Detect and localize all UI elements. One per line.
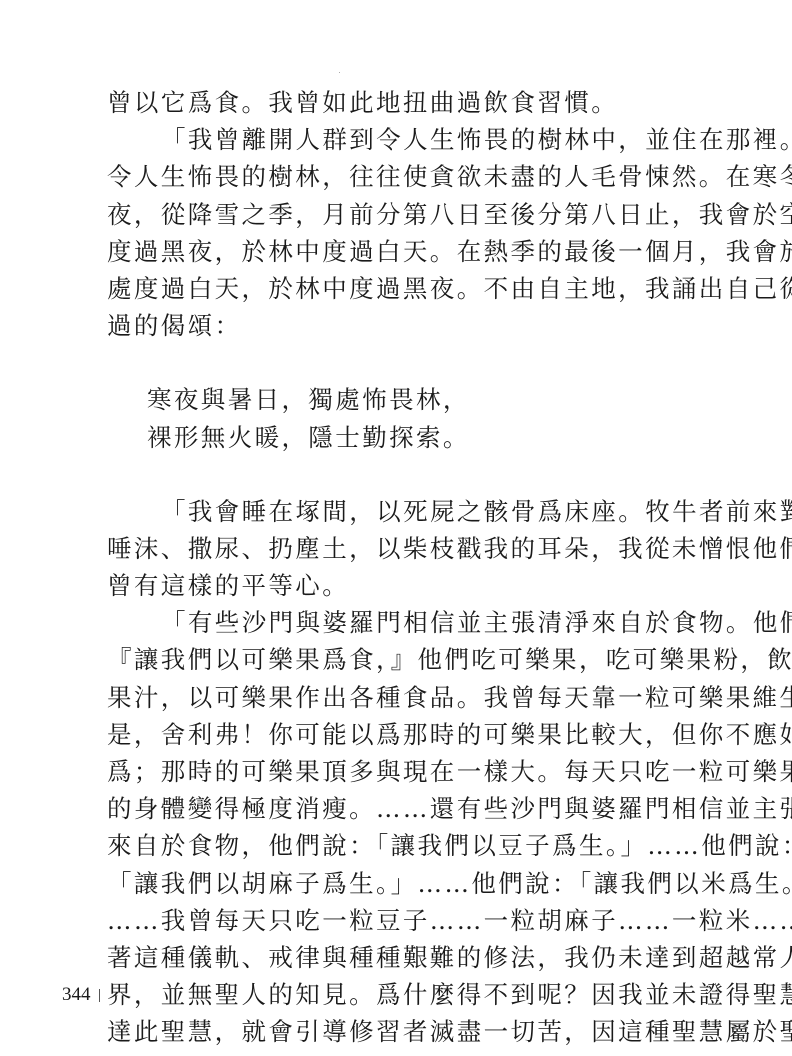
text-line: ……我曾每天只吃一粒豆子……一粒胡麻子……一粒米……但依 (107, 902, 707, 939)
verse-block: 寒夜與暑日，獨處怖畏林， 裸形無火暖，隱士勤探索。 (107, 381, 707, 455)
text-line: 『讓我們以可樂果爲食，』他們吃可樂果，吃可樂果粉，飲可樂 (107, 641, 707, 678)
folio-divider (99, 989, 100, 1002)
verse-line: 裸形無火暖，隱士勤探索。 (107, 419, 707, 456)
scan-speck (339, 72, 340, 73)
text-line: 處度過白天，於林中度過黑夜。不由自主地，我誦出自己從未聽 (107, 270, 707, 307)
text-line: 令人生怖畏的樹林，往往使貪欲未盡的人毛骨悚然。在寒冬之 (107, 158, 707, 195)
verse-line: 寒夜與暑日，獨處怖畏林， (107, 381, 707, 418)
text-line: 的身體變得極度消瘦。……還有些沙門與婆羅門相信並主張清淨 (107, 790, 707, 827)
text-line: 爲；那時的可樂果頂多與現在一樣大。每天只吃一粒可樂果，我 (107, 753, 707, 790)
text-line: 「我曾離開人群到令人生怖畏的樹林中，並住在那裡。這種 (107, 121, 707, 158)
text-line: 果汁，以可樂果作出各種食品。我曾每天靠一粒可樂果維生。但 (107, 679, 707, 716)
text-line: 著這種儀軌、戒律與種種艱難的修法，我仍未達到超越常人的境 (107, 939, 707, 976)
text-line: 夜，從降雪之季，月前分第八日至後分第八日止，我會於空曠處 (107, 196, 707, 233)
spacer (107, 344, 707, 381)
spacer (107, 456, 707, 493)
text-line: 界，並無聖人的知見。爲什麼得不到呢？因我並未證得聖慧，若 (107, 976, 707, 1013)
text-line: 「有些沙門與婆羅門相信並主張清淨來自於食物。他們說： (107, 604, 707, 641)
paragraph-continuation: 曾以它爲食。我曾如此地扭曲過飲食習慣。 (107, 84, 707, 121)
paragraph-charnel-ground: 「我會睡在塚間，以死屍之骸骨爲床座。牧牛者前來對我吐 唾沫、撒尿、扔塵土，以柴枝… (107, 493, 707, 605)
text-line: 曾以它爲食。我曾如此地扭曲過飲食習慣。 (107, 84, 707, 121)
paragraph-forest-dwelling: 「我曾離開人群到令人生怖畏的樹林中，並住在那裡。這種 令人生怖畏的樹林，往往使貪… (107, 121, 707, 344)
text-line: 「我會睡在塚間，以死屍之骸骨爲床座。牧牛者前來對我吐 (107, 493, 707, 530)
page-number: 344 (62, 984, 91, 1006)
paragraph-food-purity: 「有些沙門與婆羅門相信並主張清淨來自於食物。他們說： 『讓我們以可樂果爲食，』他… (107, 604, 707, 1050)
text-line: 曾有這樣的平等心。 (107, 567, 707, 604)
text-line: 達此聖慧，就會引導修習者滅盡一切苦，因這種聖慧屬於聖界， (107, 1013, 707, 1050)
text-line: 是，舍利弗！你可能以爲那時的可樂果比較大，但你不應如此認 (107, 716, 707, 753)
page-number-footer: 344 (62, 984, 100, 1006)
text-line: 「讓我們以胡麻子爲生。」……他們說：「讓我們以米爲生。」 (107, 865, 707, 902)
text-line: 來自於食物，他們說：「讓我們以豆子爲生。」……他們說： (107, 827, 707, 864)
text-line: 過的偈頌： (107, 307, 707, 344)
page-body: 曾以它爲食。我曾如此地扭曲過飲食習慣。 「我曾離開人群到令人生怖畏的樹林中，並住… (107, 84, 707, 1051)
text-line: 度過黑夜，於林中度過白天。在熱季的最後一個月，我會於空曠 (107, 233, 707, 270)
text-line: 唾沫、撒尿、扔塵土，以柴枝戳我的耳朵，我從未憎恨他們。我 (107, 530, 707, 567)
